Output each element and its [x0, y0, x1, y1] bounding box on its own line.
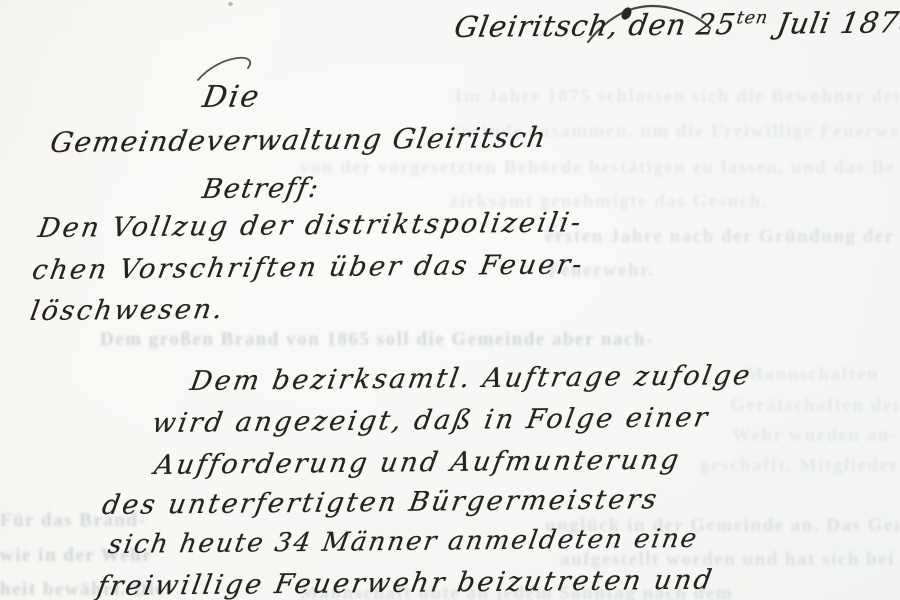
addressee-line-die: Die — [200, 79, 263, 115]
bleedthrough-text-line: Im Jahre 1875 schlossen sich die Bewohne… — [455, 86, 898, 108]
bleedthrough-text-line: Wehr wurden an- — [732, 425, 898, 447]
body-line: Dem bezirksamtl. Auftrage zufolge — [188, 360, 754, 397]
bleedthrough-text-line: von der vorgesetzten Behörde bestätigen … — [300, 157, 898, 179]
paper-speck — [228, 2, 233, 6]
bleedthrough-text-line: Mannschaften — [745, 364, 898, 386]
bleedthrough-text-line: ersten Jahre nach der Gründung der — [545, 226, 898, 248]
bleedthrough-text-line: Dem großen Brand von 1865 soll die Gemei… — [100, 329, 898, 351]
dateline: Gleiritsch, den 25ten Juli 1876. — [452, 5, 900, 44]
dateline-month-year: Juli 1876. — [764, 5, 900, 41]
pen-flourish-die — [190, 52, 280, 82]
bleedthrough-text-line: geschafft. Mitglieder- — [700, 455, 898, 477]
body-line: Aufforderung und Aufmunterung — [152, 445, 683, 481]
body-line: sich heute 34 Männer anmeldeten eine — [106, 524, 701, 560]
scanned-letter-page: Im Jahre 1875 schlossen sich die Bewohne… — [0, 0, 900, 600]
dateline-ordinal-suffix: ten — [735, 8, 770, 28]
subject-label: Betreff: — [200, 173, 322, 205]
subject-line: löschwesen. — [28, 294, 227, 327]
subject-line: chen Vorschriften über das Feuer- — [30, 249, 587, 286]
addressee-line-gemeinde: Gemeindeverwaltung Gleiritsch — [48, 121, 549, 159]
body-line-clipped: freiwillige Feuerwehr beizutreten und — [95, 565, 716, 600]
body-line: wird angezeigt, daß in Folge einer — [150, 402, 712, 439]
body-line: des unterfertigten Bürgermeisters — [100, 484, 661, 521]
bleedthrough-text-line: Gerätschaften der — [730, 395, 898, 417]
subject-line: Den Vollzug der distriktspolizeili- — [36, 207, 585, 244]
dateline-place-day: Gleiritsch, den 25 — [452, 7, 739, 44]
